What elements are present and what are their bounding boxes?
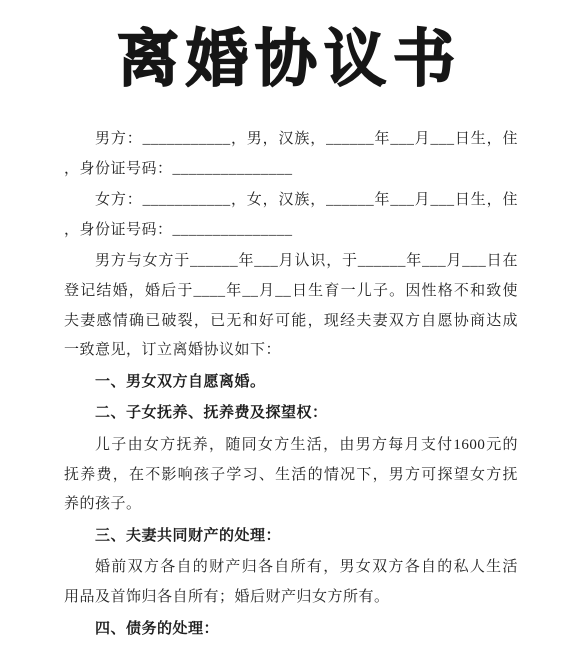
section-heading-joint-property: 三、夫妻共同财产的处理： (64, 522, 518, 552)
text-line: 一致意见，订立离婚协议如下： (64, 336, 518, 366)
paragraph-introduction: 男方与女方于______年___月认识，于______年___月___日在 登记… (64, 247, 518, 365)
text-line: 儿子由女方抚养，随同女方生活，由男方每月支付1600元的 (64, 431, 518, 461)
text-line: 抚养费，在不影响孩子学习、生活的情况下，男方可探望女方抚 (64, 461, 518, 491)
section-heading-text: 二、子女抚养、抚养费及探望权： (64, 399, 518, 429)
text-line: 男方与女方于______年___月认识，于______年___月___日在 (64, 247, 518, 277)
section-heading-debt: 四、债务的处理： (64, 615, 518, 645)
paragraph-male-party: 男方：___________，男，汉族，______年___月___日生，住 ，… (64, 125, 518, 184)
section-heading-child-custody: 二、子女抚养、抚养费及探望权： (64, 399, 518, 429)
text-line: 登记结婚，婚后于____年__月__日生育一儿子。因性格不和致使 (64, 277, 518, 307)
section-heading-text: 三、夫妻共同财产的处理： (64, 522, 518, 552)
paragraph-custody-details: 儿子由女方抚养，随同女方生活，由男方每月支付1600元的 抚养费，在不影响孩子学… (64, 431, 518, 520)
text-line: 男方：___________，男，汉族，______年___月___日生，住 (64, 125, 518, 155)
document-title: 离婚协议书 (0, 8, 579, 113)
paragraph-female-party: 女方：___________，女，汉族，______年___月___日生，住 ，… (64, 186, 518, 245)
document-page: 离婚协议书 男方：___________，男，汉族，______年___月___… (0, 0, 579, 658)
text-line: 女方：___________，女，汉族，______年___月___日生，住 (64, 186, 518, 216)
paragraph-property-details: 婚前双方各自的财产归各自所有，男女双方各自的私人生活 用品及首饰归各自所有；婚后… (64, 553, 518, 612)
text-line: 用品及首饰归各自所有；婚后财产归女方所有。 (64, 583, 518, 613)
text-line: 养的孩子。 (64, 490, 518, 520)
document-body: 男方：___________，男，汉族，______年___月___日生，住 ，… (64, 125, 518, 644)
text-line: 婚前双方各自的财产归各自所有，男女双方各自的私人生活 (64, 553, 518, 583)
text-line: ，身份证号码：_______________ (64, 155, 518, 185)
section-heading-text: 一、男女双方自愿离婚。 (64, 368, 518, 398)
section-heading-voluntary-divorce: 一、男女双方自愿离婚。 (64, 368, 518, 398)
text-line: ，身份证号码：_______________ (64, 216, 518, 246)
text-line: 夫妻感情确已破裂，已无和好可能，现经夫妻双方自愿协商达成 (64, 307, 518, 337)
section-heading-text: 四、债务的处理： (64, 615, 518, 645)
